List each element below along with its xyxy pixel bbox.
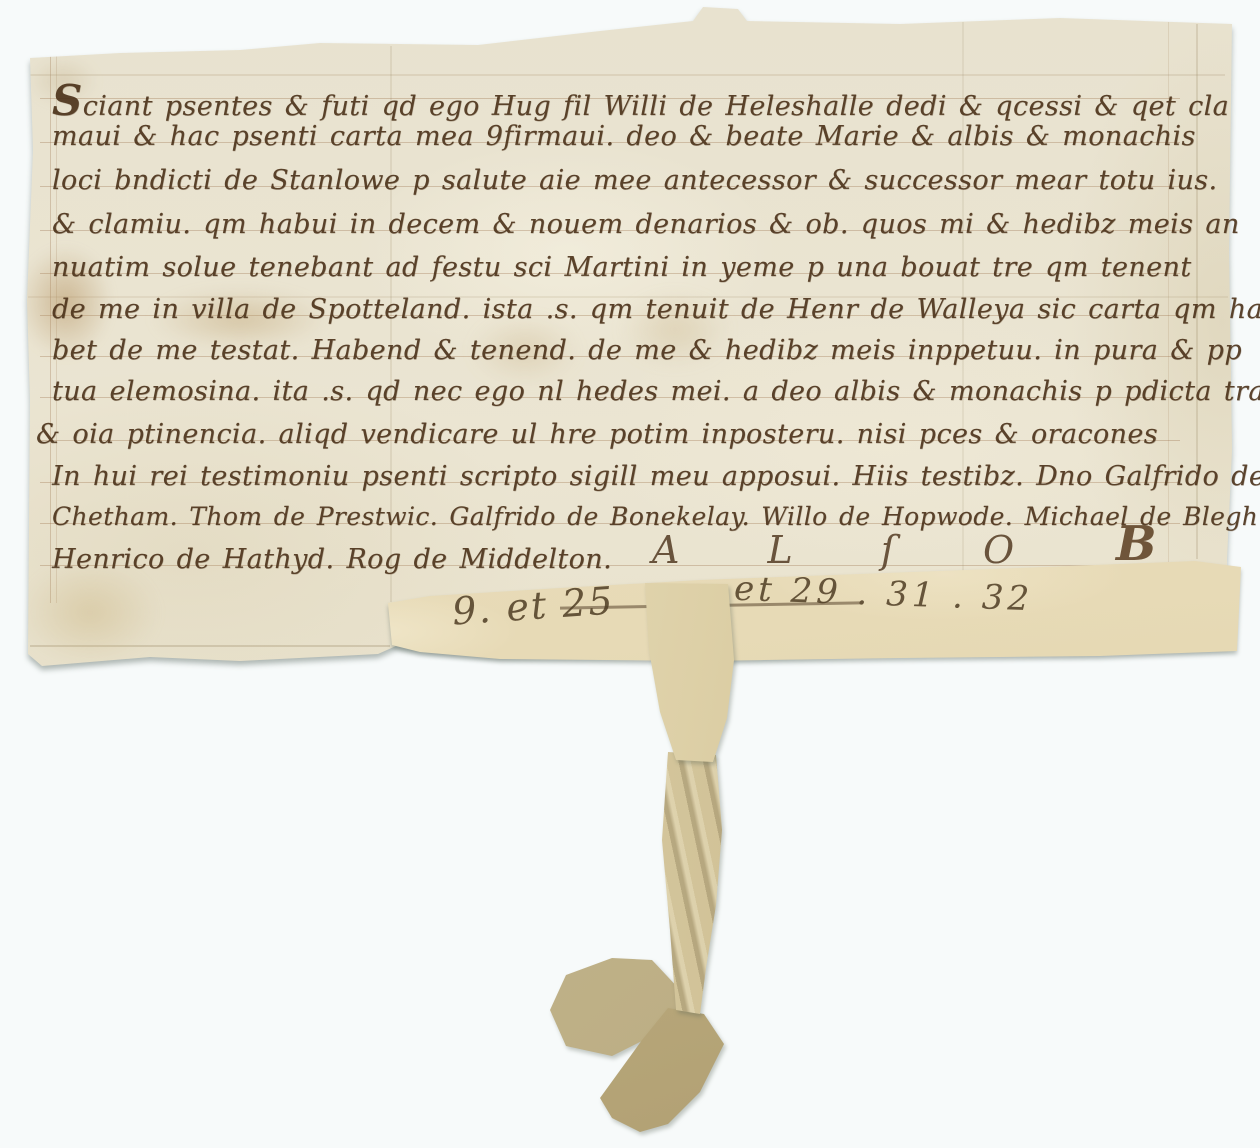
tag-upper-strip (0, 0, 1260, 1148)
scanned-charter-image: 9. et 25 et 29 . 31 . 32 Sciant psentes … (0, 0, 1260, 1148)
